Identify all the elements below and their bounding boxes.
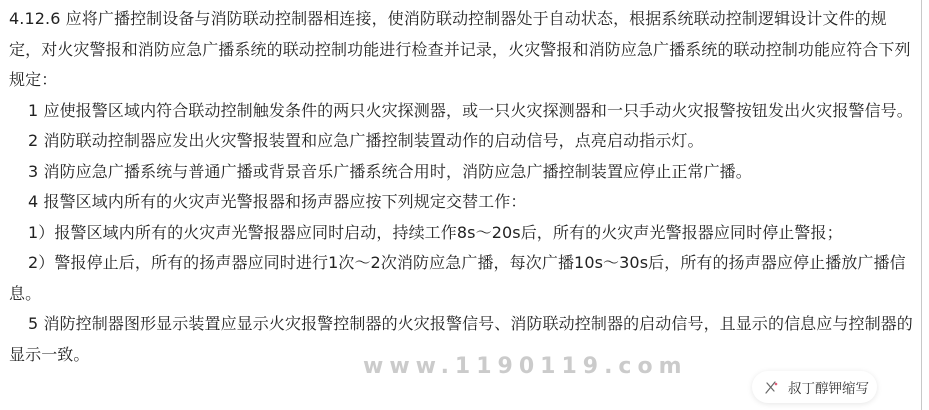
paragraph-4-12-6: 4.12.6 应将广播控制设备与消防联动控制器相连接，使消防联动控制器处于自动状… xyxy=(9,4,913,96)
article-body: 4.12.6 应将广播控制设备与消防联动控制器相连接，使消防联动控制器处于自动状… xyxy=(9,4,913,370)
paragraph-item-4-2: 2）警报停止后，所有的扬声器应同时进行1次～2次消防应急广播，每次广播10s～3… xyxy=(9,248,913,309)
paragraph-item-4: 4 报警区域内所有的火灾声光警报器和扬声器应按下列规定交替工作： xyxy=(9,187,913,218)
paragraph-item-4-1: 1）报警区域内所有的火灾声光警报器应同时启动，持续工作8s～20s后，所有的火灾… xyxy=(9,218,913,249)
content-right-border xyxy=(921,0,922,410)
paragraph-item-1: 1 应使报警区域内符合联动控制触发条件的两只火灾探测器，或一只火灾探测器和一只手… xyxy=(9,96,913,127)
search-suggestion-button[interactable]: 叔丁醇钾缩写 xyxy=(752,371,877,403)
sparkle-cross-icon xyxy=(762,378,780,396)
paragraph-item-3: 3 消防应急广播系统与普通广播或背景音乐广播系统合用时，消防应急广播控制装置应停… xyxy=(9,157,913,188)
paragraph-item-5: 5 消防控制器图形显示装置应显示火灾报警控制器的火灾报警信号、消防联动控制器的启… xyxy=(9,309,913,370)
paragraph-item-2: 2 消防联动控制器应发出火灾警报装置和应急广播控制装置动作的启动信号，点亮启动指… xyxy=(9,126,913,157)
search-suggestion-label: 叔丁醇钾缩写 xyxy=(788,377,869,397)
